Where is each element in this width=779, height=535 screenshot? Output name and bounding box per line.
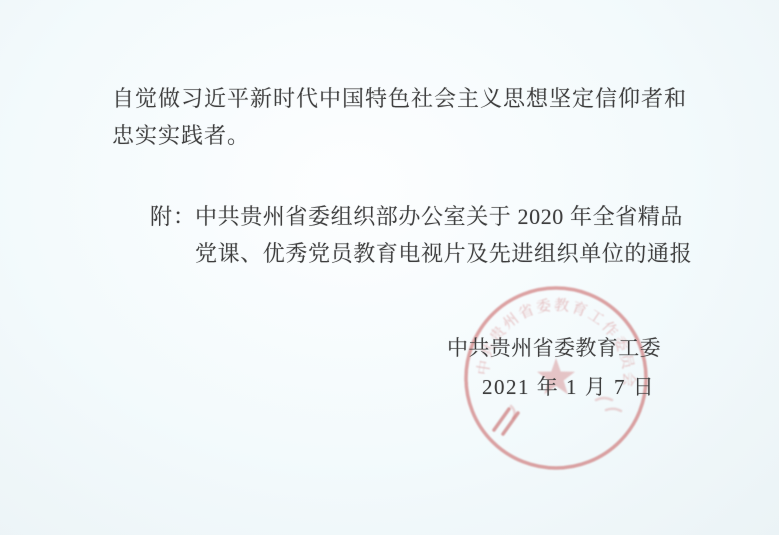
- document-page: 自觉做习近平新时代中国特色社会主义思想坚定信仰者和 忠实实践者。 附： 中共贵州…: [0, 0, 779, 535]
- attachment-line: 党课、优秀党员教育电视片及先进组织单位的通报: [195, 235, 692, 272]
- paragraph-line: 忠实实践者。: [112, 117, 712, 154]
- date-line: 2021 年 1 月 7 日: [482, 374, 655, 400]
- body-paragraph: 自觉做习近平新时代中国特色社会主义思想坚定信仰者和 忠实实践者。: [112, 80, 712, 154]
- signature-line: 中共贵州省委教育工委: [447, 335, 661, 361]
- attachment-line: 中共贵州省委组织部办公室关于 2020 年全省精品: [195, 198, 692, 235]
- seal-faint-marks: [511, 398, 621, 418]
- paragraph-line: 自觉做习近平新时代中国特色社会主义思想坚定信仰者和: [112, 80, 712, 117]
- attachment-block: 中共贵州省委组织部办公室关于 2020 年全省精品 党课、优秀党员教育电视片及先…: [195, 198, 692, 272]
- attachment-label: 附：: [150, 198, 196, 235]
